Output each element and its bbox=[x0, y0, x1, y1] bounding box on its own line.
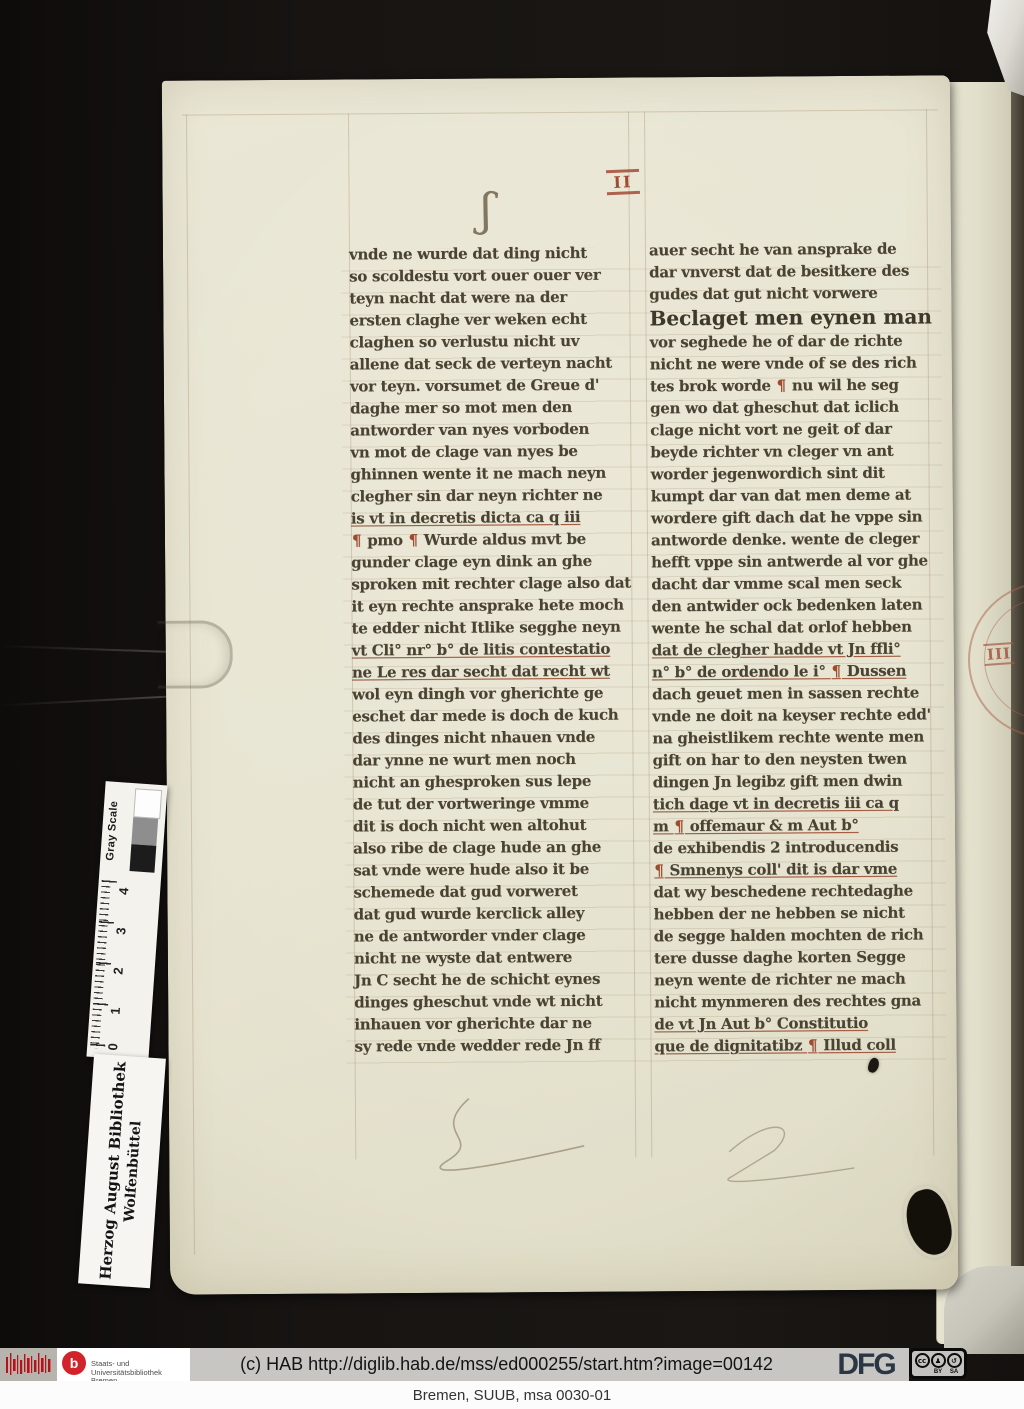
cc-sa-label: SA bbox=[950, 1369, 958, 1375]
manuscript-text-line: nicht mynmeren des rechtes gna bbox=[654, 989, 942, 1013]
cc-icon: cc bbox=[915, 1353, 930, 1368]
pilcrow-mark: ¶ bbox=[351, 531, 362, 549]
manuscript-text-line: n° b° de ordendo le i° ¶ Dussen bbox=[652, 659, 940, 683]
manuscript-text-line: wol eyn dingh vor gherichte ge bbox=[352, 681, 640, 705]
gray-scale-label: Gray Scale bbox=[103, 786, 133, 875]
pilcrow-mark: ¶ bbox=[776, 376, 787, 394]
manuscript-text-line: auer secht he van ansprake de bbox=[649, 237, 937, 261]
manuscript-text-line: clegher sin dar neyn richter ne bbox=[351, 483, 639, 507]
manuscript-text-line: ¶ Smnenys coll' dit is dar vme bbox=[653, 857, 941, 881]
manuscript-text-line: dar ynne ne wurt men noch bbox=[352, 747, 640, 771]
manuscript-text-line: dat wy beschedene rechtedaghe bbox=[653, 879, 941, 903]
manuscript-text-line: Jn C secht he de schicht eynes bbox=[354, 967, 642, 991]
manuscript-text-line: also ribe de clage hude an ghe bbox=[353, 835, 641, 859]
manuscript-text-line: gift on har to den neysten twen bbox=[652, 747, 940, 771]
pilcrow-mark: ¶ bbox=[653, 861, 664, 879]
cc-by-person-icon: ♟ bbox=[931, 1353, 946, 1368]
clip-wire bbox=[0, 645, 172, 653]
manuscript-text-line: wente he schal dat orlof hebben bbox=[652, 615, 940, 639]
ruler-number: 0 bbox=[105, 1043, 120, 1051]
manuscript-text-line: vn mot de clage van nyes be bbox=[350, 439, 638, 463]
manuscript-text-line: dacht dar vmme scal men seck bbox=[651, 571, 939, 595]
manuscript-text-line: vt Cli° nr° b° de litis contestatio bbox=[352, 637, 640, 661]
cc-sa-arrow-icon: ↺ bbox=[947, 1353, 962, 1368]
manuscript-text-line: de tut der vortweringe vmme bbox=[353, 791, 641, 815]
barcode-icon bbox=[5, 1351, 53, 1378]
manuscript-text-line: gunder clage eyn dink an ghe bbox=[351, 549, 639, 573]
manuscript-text-line: beyde richter vn cleger vn ant bbox=[650, 439, 938, 463]
manuscript-text-line: clage nicht vort ne geit of dar bbox=[650, 417, 938, 441]
manuscript-text-line: hefft vppe sin antwerde al vor ghe bbox=[651, 549, 939, 573]
manuscript-text-line: Beclaget men eynen man bbox=[649, 303, 937, 331]
gray-scale-ruler: Gray Scale 4 3 2 1 0 bbox=[86, 781, 167, 1061]
manuscript-text-line: dach geuet men in sassen rechte bbox=[652, 681, 940, 705]
library-label: Herzog August Bibliothek Wolfenbüttel bbox=[78, 1054, 166, 1288]
gray-patch-mid bbox=[131, 817, 158, 846]
pilcrow-mark: ¶ bbox=[673, 817, 684, 835]
manuscript-text-line: eschet dar mede is doch de kuch bbox=[352, 703, 640, 727]
manuscript-text-line: gen wo dat gheschut dat iclich bbox=[650, 395, 938, 419]
manuscript-text-line: claghen so verlustu nicht uv bbox=[350, 329, 638, 353]
manuscript-text-line: des dinges nicht nhauen vnde bbox=[352, 725, 640, 749]
manuscript-text-line: hebben der ne hebben se nicht bbox=[654, 901, 942, 925]
manuscript-text-line: ersten claghe ver weken echt bbox=[349, 307, 637, 331]
manuscript-text-line: vnde ne wurde dat ding nicht bbox=[349, 241, 637, 265]
shelfmark-caption: Bremen, SUUB, msa 0030-01 bbox=[0, 1381, 1024, 1409]
pilcrow-mark: ¶ bbox=[407, 531, 418, 549]
manuscript-text-line: dingen Jn legibz gift men dwin bbox=[653, 769, 941, 793]
footer-bar: b Staats- und Universitätsbibliothek Bre… bbox=[0, 1348, 967, 1381]
manuscript-text-line: de exhibendis 2 introducendis bbox=[653, 835, 941, 859]
bremen-b-badge: b bbox=[62, 1351, 86, 1375]
manuscript-text-line: ¶ pmo ¶ Wurde aldus mvt be bbox=[351, 527, 639, 551]
folio-number: II bbox=[592, 169, 652, 194]
copyright-text: (c) HAB http://diglib.hab.de/mss/ed00025… bbox=[190, 1348, 823, 1381]
manuscript-text-line: schemede dat gud vorweret bbox=[353, 879, 641, 903]
clip-wire bbox=[0, 696, 168, 707]
manuscript-text-line: nicht ne were vnde of se des rich bbox=[650, 351, 938, 375]
manuscript-text-line: dinges gheschut vnde wt nicht bbox=[354, 989, 642, 1013]
manuscript-text-line: ne de antworder vnder clage bbox=[354, 923, 642, 947]
manuscript-text-line: tes brok worde ¶ nu wil he seg bbox=[650, 373, 938, 397]
manuscript-text-line: de segge halden mochten de rich bbox=[654, 923, 942, 947]
ruler-number: 4 bbox=[116, 887, 131, 895]
manuscript-text-line: vor seghede he of dar de richte bbox=[650, 329, 938, 353]
manuscript-text-line: allene dat seck de verteyn nacht bbox=[350, 351, 638, 375]
manuscript-text-line: neyn wente de richter ne mach bbox=[654, 967, 942, 991]
manuscript-text-line: na gheistlikem rechte wente men bbox=[652, 725, 940, 749]
library-stamp-numeral: III bbox=[983, 642, 1015, 666]
manuscript-text-line: daghe mer so mot men den bbox=[350, 395, 638, 419]
manuscript-text-line: tich dage vt in decretis iii ca q bbox=[653, 791, 941, 815]
ruler-number: 2 bbox=[110, 967, 125, 975]
pen-flourish-icon: ʃ bbox=[477, 182, 497, 237]
pilcrow-mark: ¶ bbox=[830, 662, 841, 680]
ruler-major-ticks bbox=[90, 880, 117, 1049]
manuscript-text-line: den antwider ock bedenken laten bbox=[651, 593, 939, 617]
manuscript-text-line: vor teyn. vorsumet de Greue d' bbox=[350, 373, 638, 397]
manuscript-text-line: vnde ne doit na keyser rechte edd' bbox=[652, 703, 940, 727]
dfg-logo: DFG bbox=[823, 1348, 909, 1381]
manuscript-text-line: ne Le res dar secht dat recht wt bbox=[352, 659, 640, 683]
manuscript-text-line: teyn nacht dat were na der bbox=[349, 285, 637, 309]
manuscript-text-line: dit is doch nicht wen altohut bbox=[353, 813, 641, 837]
paper-clip bbox=[158, 620, 233, 689]
gray-scale-patches bbox=[129, 788, 162, 878]
cc-license-badge: cc ♟ BY ↺ SA bbox=[909, 1348, 967, 1379]
right-text-column: auer secht he van ansprake dedar vnverst… bbox=[649, 237, 943, 1057]
gray-patch-white bbox=[133, 788, 162, 819]
manuscript-text-line: m ¶ offemaur & m Aut b° bbox=[653, 813, 941, 837]
frame-line bbox=[182, 109, 938, 115]
left-text-column: vnde ne wurde dat ding nichtso scoldestu… bbox=[349, 241, 643, 1057]
manuscript-text-line: gudes dat gut nicht vorwere bbox=[649, 281, 937, 305]
manuscript-text-line: is vt in decretis dicta ca q iii bbox=[351, 505, 639, 529]
manuscript-text-line: antworder van nyes vorboden bbox=[350, 417, 638, 441]
ruler-number: 3 bbox=[113, 927, 128, 935]
manuscript-text-line: wordere gift dach dat he vppe sin bbox=[651, 505, 939, 529]
manuscript-text-line: dat de clegher hadde vt Jn ffli° bbox=[652, 637, 940, 661]
manuscript-text-line: sproken mit rechter clage also dat bbox=[351, 571, 639, 595]
manuscript-text-line: so scoldestu vort ouer ouer ver bbox=[349, 263, 637, 287]
manuscript-text-line: tere dusse daghe korten Segge bbox=[654, 945, 942, 969]
manuscript-text-line: dar vnverst dat de besitkere des bbox=[649, 259, 937, 283]
manuscript-text-line: nicht ne wyste dat entwere bbox=[354, 945, 642, 969]
ruler-scale: 4 3 2 1 0 bbox=[87, 880, 161, 1056]
manuscript-text-line: te edder nicht Itlike segghe neyn bbox=[352, 615, 640, 639]
manuscript-text-line: dat gud wurde kerclick alley bbox=[354, 901, 642, 925]
bremen-barcode-icon bbox=[0, 1348, 57, 1381]
ruler-number: 1 bbox=[108, 1007, 123, 1015]
manuscript-text-line: antworde denke. wente de cleger bbox=[651, 527, 939, 551]
manuscript-text-line: it eyn rechte ansprake hete moch bbox=[351, 593, 639, 617]
cc-by-label: BY bbox=[934, 1369, 942, 1375]
manuscript-text-line: worder jegenwordich sint dit bbox=[650, 461, 938, 485]
manuscript-text-line: kumpt dar van dat men deme at bbox=[651, 483, 939, 507]
manuscript-text-line: sat vnde were hude also it be bbox=[353, 857, 641, 881]
manuscript-page: II ʃ vnde ne wurde dat ding nichtso scol… bbox=[162, 75, 958, 1294]
gray-patch-black bbox=[129, 844, 156, 873]
manuscript-text-line: ghinnen wente it ne mach neyn bbox=[350, 461, 638, 485]
manuscript-text-line: nicht an ghesproken sus lepe bbox=[353, 769, 641, 793]
